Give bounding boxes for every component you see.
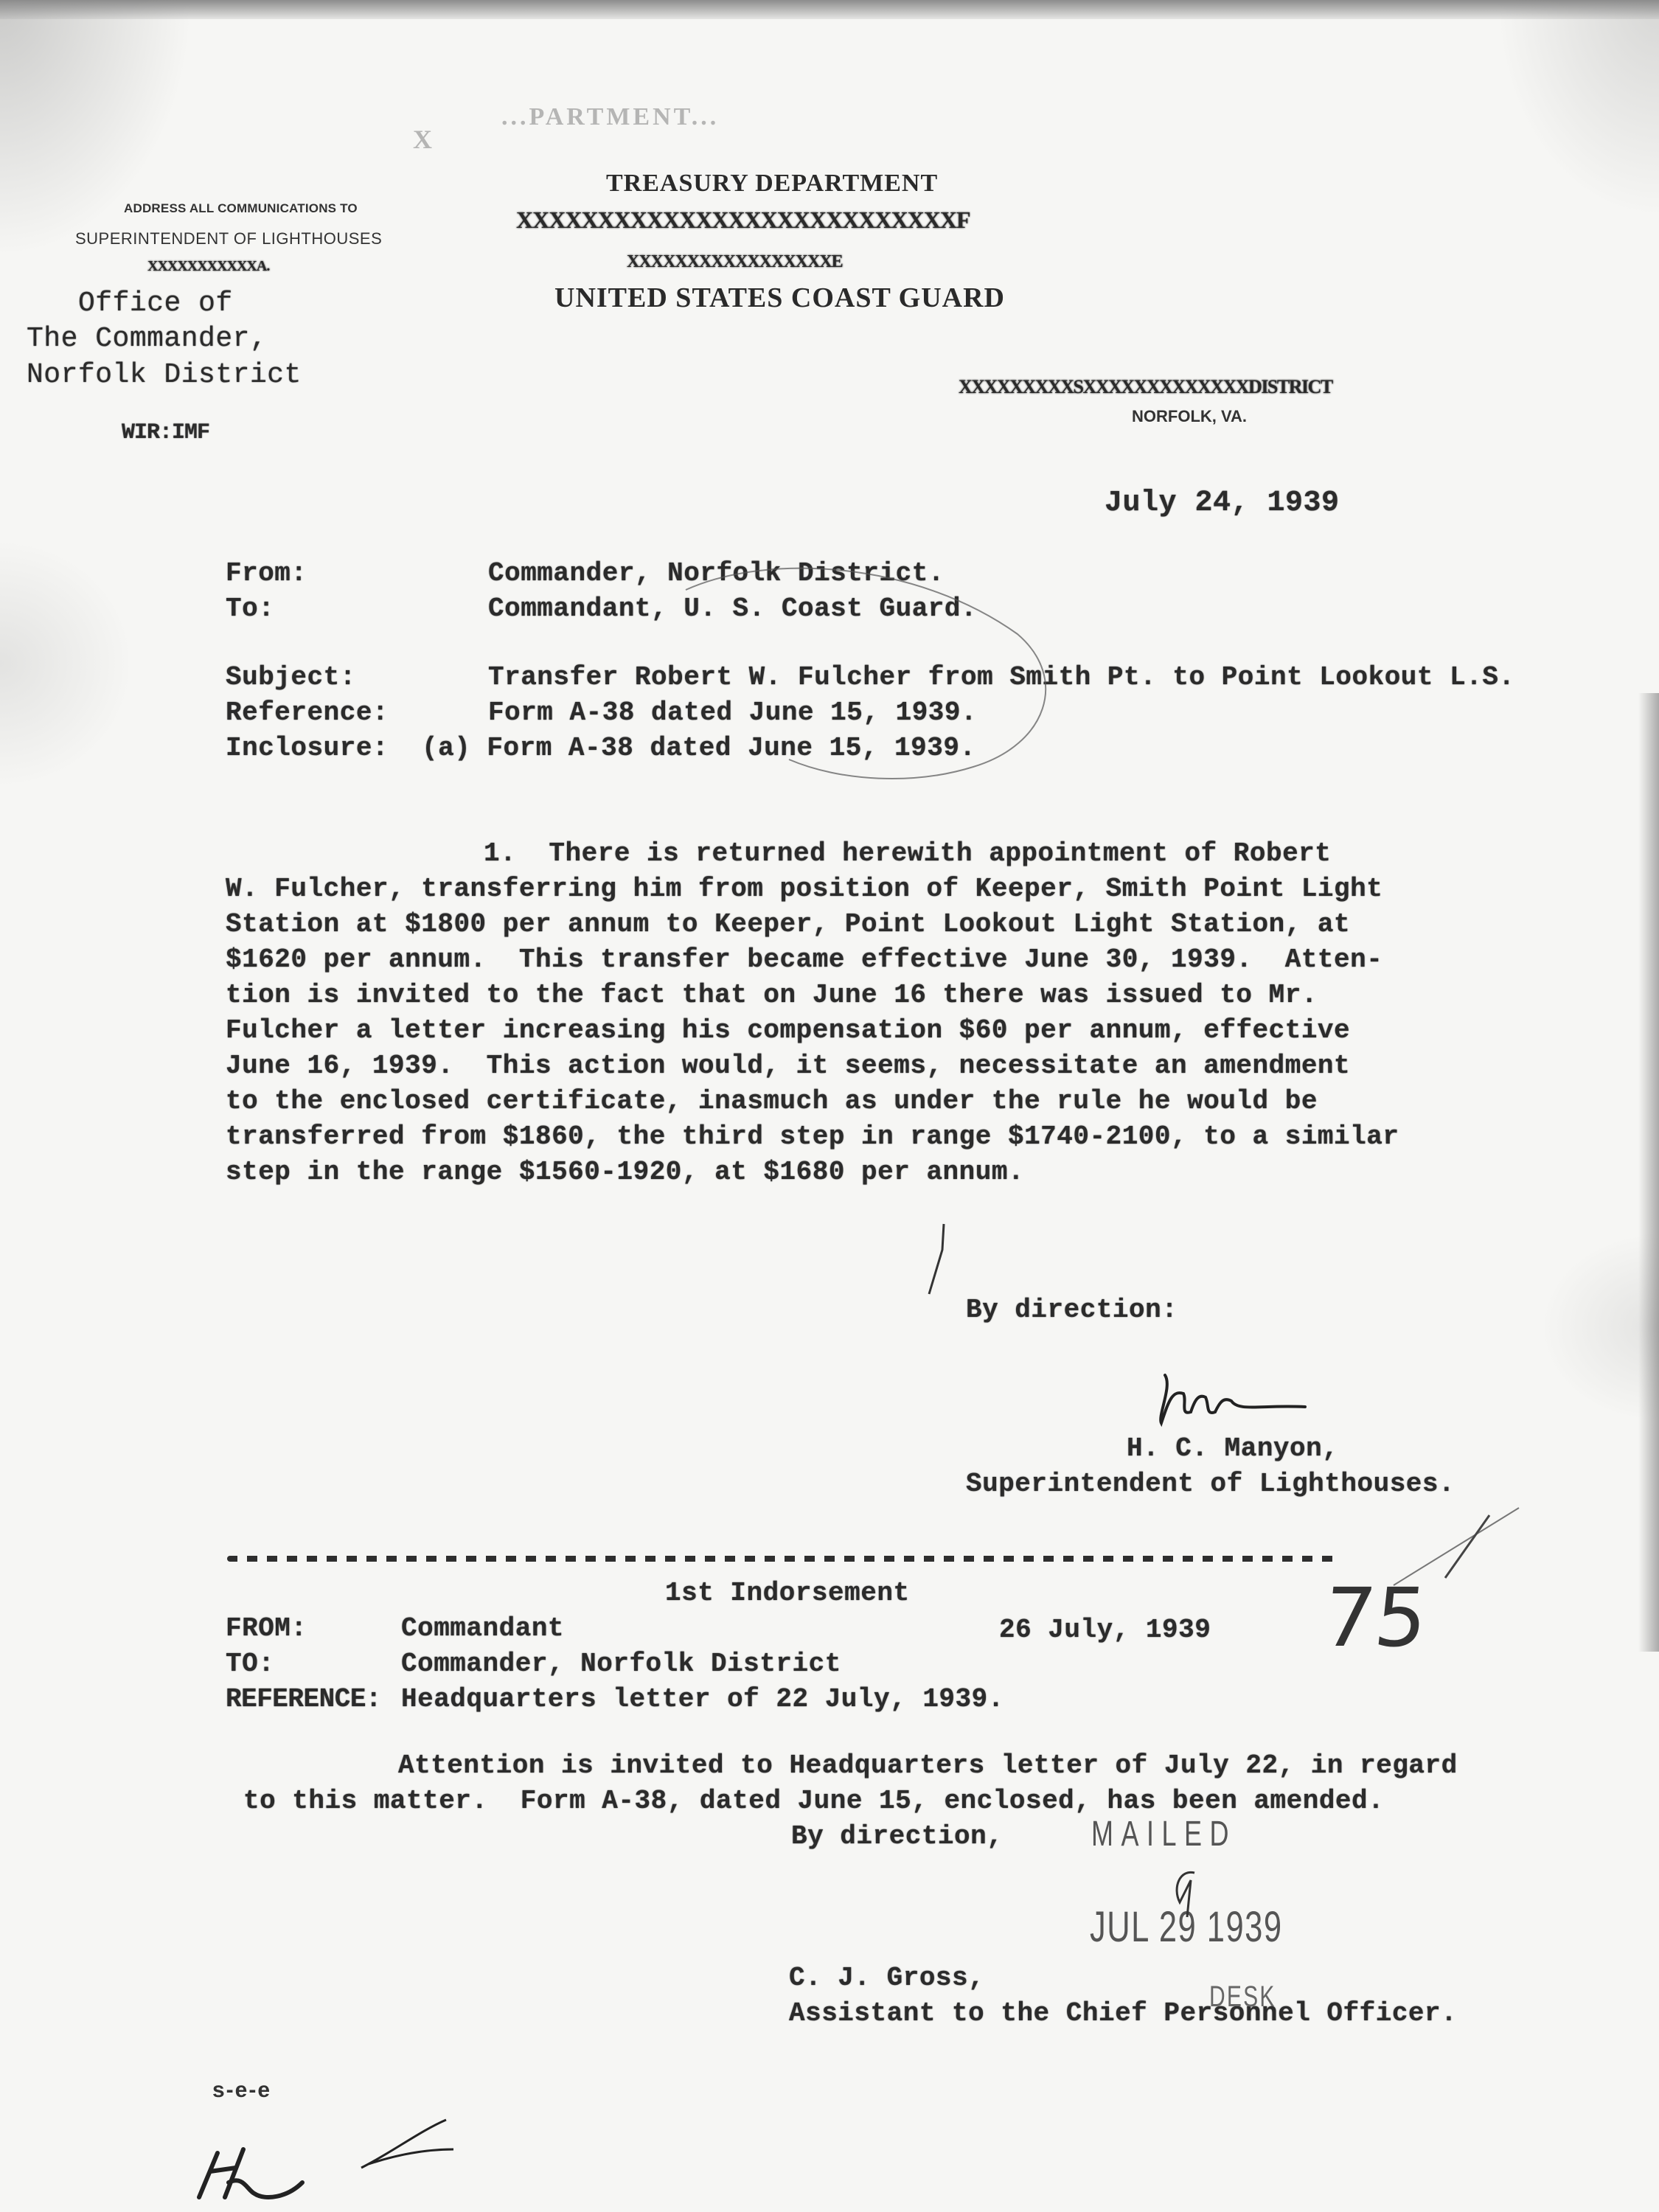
struck-department-line: XXXXXXXXXXXXXXXXXXXXXXXXXXXF (516, 206, 970, 234)
field-label-subject: Subject: (226, 662, 356, 692)
department-name: TREASURY DEPARTMENT (606, 170, 938, 198)
handwritten-number: 75 (1318, 1571, 1431, 1665)
struck-address-line: XXXXXXXXXXXA. (147, 258, 269, 275)
scan-edge-shadow (1638, 693, 1659, 1652)
faded-letterhead-fragment: X (413, 124, 432, 155)
file-initials: WIR:IMF (122, 420, 209, 445)
indorsement-value-reference: Headquarters letter of 22 July, 1939. (401, 1684, 1004, 1714)
field-label-from: From: (226, 558, 307, 588)
desk-stamp: DESK (1209, 1980, 1276, 2014)
pen-initial-mark (1165, 1865, 1209, 1924)
letter-date: July 24, 1939 (1105, 487, 1340, 520)
indorsement-value-to: Commander, Norfolk District (401, 1649, 841, 1679)
handwritten-signature (1150, 1371, 1320, 1430)
indorsement-separator (227, 1556, 1340, 1562)
pencil-tick (1438, 1512, 1497, 1585)
body-line: $1620 per annum. This transfer became ef… (226, 942, 1382, 978)
agency-name: UNITED STATES COAST GUARD (554, 282, 1005, 314)
mailed-stamp: MAILED (1091, 1814, 1237, 1854)
field-label-reference: Reference: (226, 698, 389, 728)
indorsement-title: 1st Indorsement (665, 1578, 910, 1608)
body-line: to the enclosed certificate, inasmuch as… (226, 1084, 1318, 1119)
signer-name: H. C. Manyon, (1127, 1433, 1338, 1464)
field-label-to: To: (226, 594, 274, 624)
office-line: The Commander, (27, 323, 267, 355)
body-line: Fulcher a letter increasing his compensa… (226, 1013, 1350, 1048)
indorsement-label-to: TO: (226, 1649, 274, 1679)
struck-service-line: XXXXXXXXXXXXXXXXXE (627, 252, 843, 272)
pen-mark (922, 1220, 951, 1301)
body-line: W. Fulcher, transferring him from positi… (226, 872, 1382, 907)
pen-check-mark (354, 2109, 457, 2175)
indorsement-closing: By direction, (791, 1821, 1003, 1851)
office-line: Office of (78, 288, 233, 319)
indorsement-body-line: Attention is invited to Headquarters let… (398, 1750, 1458, 1781)
body-line: step in the range $1560-1920, at $1680 p… (226, 1155, 1024, 1190)
office-line: Norfolk District (27, 359, 302, 391)
indorsement-value-from: Commandant (401, 1613, 564, 1644)
scan-edge-shadow (0, 0, 1659, 19)
indorsement-body-line: to this matter. Form A-38, dated June 15… (243, 1786, 1384, 1816)
pencil-circle-mark (457, 546, 1062, 789)
indorsement-label-from: FROM: (226, 1613, 307, 1644)
body-line: Station at $1800 per annum to Keeper, Po… (226, 907, 1350, 942)
indorsement-signer-title: Assistant to the Chief Personnel Officer… (789, 1998, 1457, 2028)
body-line: June 16, 1939. This action would, it see… (226, 1048, 1350, 1084)
closing-by-direction: By direction: (966, 1295, 1178, 1325)
address-notice-line2: SUPERINTENDENT OF LIGHTHOUSES (75, 229, 382, 248)
body-line: transferred from $1860, the third step i… (226, 1119, 1399, 1155)
body-line: tion is invited to the fact that on June… (226, 978, 1318, 1013)
signer-title: Superintendent of Lighthouses. (966, 1469, 1455, 1499)
handwritten-initials (184, 2138, 310, 2212)
document-page: X ...PARTMENT... ADDRESS ALL COMMUNICATI… (0, 0, 1659, 2212)
address-notice-line1: ADDRESS ALL COMMUNICATIONS TO (124, 201, 358, 216)
indorsement-label-reference: REFERENCE: (226, 1684, 381, 1714)
field-label-inclosure: Inclosure: (226, 733, 389, 763)
letterhead-location: NORFOLK, VA. (1132, 407, 1247, 426)
indorsement-date: 26 July, 1939 (999, 1615, 1211, 1645)
struck-district-line: XXXXXXXXXSXXXXXXXXXXXXXDISTRICT (959, 376, 1332, 398)
faded-letterhead-fragment: ...PARTMENT... (501, 103, 719, 131)
typist-code: s-e-e (212, 2078, 271, 2103)
body-line: 1. There is returned herewith appointmen… (484, 836, 1331, 872)
indorsement-signer-name: C. J. Gross, (789, 1963, 984, 1993)
